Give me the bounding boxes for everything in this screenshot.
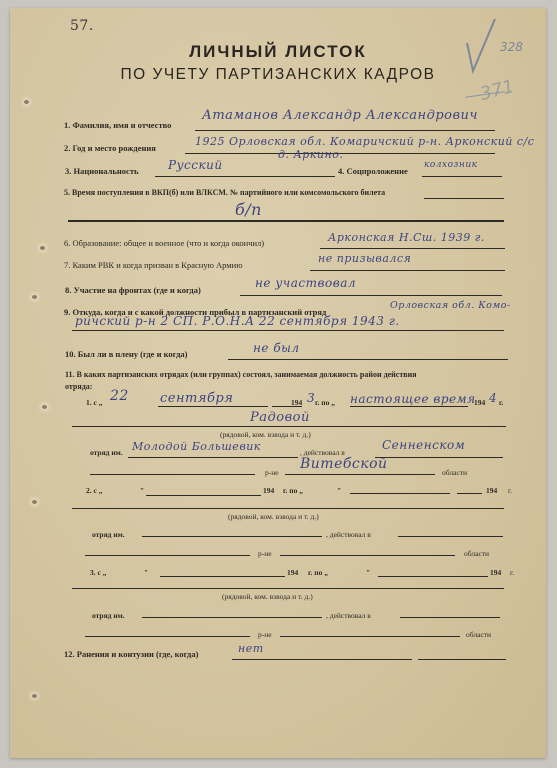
pencil-number-328: 328 bbox=[500, 40, 523, 54]
unit-1-number: 1. с „ bbox=[86, 398, 102, 407]
underline bbox=[375, 457, 503, 458]
unit-2-acted-label: , действовал в bbox=[326, 530, 371, 539]
unit-2-from-year-prefix: 194 bbox=[263, 486, 274, 495]
unit-3-to-year-prefix: 194 bbox=[490, 568, 501, 577]
field-army-value: не призывался bbox=[318, 252, 411, 265]
underline bbox=[310, 270, 505, 271]
underline bbox=[158, 406, 268, 407]
unit-3-quote: " bbox=[144, 568, 148, 577]
unit-1-region: Витебской bbox=[300, 456, 388, 472]
page-number: 57. bbox=[70, 18, 94, 34]
unit-2-to-label: г. по „ bbox=[283, 486, 303, 495]
field-fronts-value: не участвовал bbox=[255, 276, 356, 290]
unit-2-year-suffix: г. bbox=[508, 486, 512, 495]
unit-3-number: 3. с „ bbox=[90, 568, 106, 577]
punch-hole bbox=[24, 100, 29, 104]
underline bbox=[72, 330, 504, 331]
unit-1-detachment-label: отряд им. bbox=[90, 448, 123, 457]
field-army-label: 7. Каким РВК и когда призван в Красную А… bbox=[64, 260, 243, 270]
field-arrival-value-line2: ричский р-н 2 СП. Р.О.Н.А 22 сентября 19… bbox=[75, 314, 400, 328]
field-birth-value-line2: д. Аркино. bbox=[278, 148, 343, 161]
unit-1-from-year-digit: 3 bbox=[307, 391, 315, 405]
document-page: 57. ЛИЧНЫЙ ЛИСТОК ПО УЧЕТУ ПАРТИЗАНСКИХ … bbox=[10, 8, 546, 758]
underline bbox=[90, 474, 255, 475]
unit-1-to-year-digit: 4 bbox=[489, 391, 497, 405]
underline bbox=[85, 636, 250, 637]
underline bbox=[128, 457, 298, 458]
underline bbox=[85, 555, 250, 556]
underline bbox=[457, 493, 482, 494]
underline bbox=[378, 576, 488, 577]
unit-2-rayon-label: р-не bbox=[258, 549, 272, 558]
field-units-label: 11. В каких партизанских отрядах (или гр… bbox=[65, 370, 417, 379]
punch-hole bbox=[32, 500, 37, 504]
field-wounds-label: 12. Ранения и контузии (где, когда) bbox=[64, 649, 198, 659]
underline bbox=[232, 659, 412, 660]
field-name-value: Атаманов Александр Александрович bbox=[202, 108, 478, 123]
unit-2-to-year-prefix: 194 bbox=[486, 486, 497, 495]
unit-3-position-hint: (рядовой, ком. взвода и т. д.) bbox=[222, 592, 313, 601]
underline bbox=[72, 426, 506, 427]
field-party-label: 5. Время поступления в ВКП(б) или ВЛКСМ.… bbox=[64, 188, 385, 197]
underline bbox=[240, 295, 502, 296]
unit-1-detachment: Молодой Большевик bbox=[132, 440, 261, 453]
unit-1-year-suffix: г. bbox=[499, 398, 503, 407]
unit-1-to-label: г. по „ bbox=[315, 398, 335, 407]
underline bbox=[195, 130, 495, 131]
field-arrival-value: Орловская обл. Комо- bbox=[390, 300, 511, 311]
field-birth-label: 2. Год и место рождения bbox=[64, 143, 156, 153]
unit-3-from-year-prefix: 194 bbox=[287, 568, 298, 577]
underline bbox=[160, 576, 285, 577]
unit-2-region-label: области bbox=[464, 549, 489, 558]
unit-3-region-label: области bbox=[466, 630, 491, 639]
underline bbox=[68, 220, 504, 222]
underline bbox=[142, 617, 322, 618]
unit-1-position: Радовой bbox=[250, 410, 310, 425]
field-captivity-value: не был bbox=[253, 341, 300, 355]
underline bbox=[400, 617, 500, 618]
field-fronts-label: 8. Участие на фронтах (где и когда) bbox=[65, 285, 201, 295]
unit-1-from-month: сентября bbox=[160, 391, 233, 406]
underline bbox=[280, 636, 460, 637]
unit-3-acted-label: , действовал в bbox=[326, 611, 371, 620]
unit-1-to-value: настоящее время bbox=[350, 392, 476, 406]
unit-1-region-label: области bbox=[442, 468, 467, 477]
field-captivity-label: 10. Был ли в плену (где и когда) bbox=[65, 349, 187, 359]
field-nationality-label: 3. Национальность bbox=[65, 166, 138, 176]
underline bbox=[320, 248, 505, 249]
field-social-label: 4. Соцпроложение bbox=[338, 166, 408, 176]
punch-hole bbox=[40, 246, 45, 250]
unit-1-from-year-prefix: 194 bbox=[291, 398, 302, 407]
underline bbox=[424, 198, 504, 199]
underline bbox=[72, 508, 504, 509]
underline bbox=[155, 176, 335, 177]
underline bbox=[142, 536, 322, 537]
underline bbox=[418, 659, 506, 660]
field-education-value: Арконская Н.Сш. 1939 г. bbox=[328, 231, 485, 244]
underline bbox=[398, 536, 503, 537]
punch-hole bbox=[32, 295, 37, 299]
unit-3-to-label: г. по „ bbox=[308, 568, 328, 577]
unit-2-quote: " bbox=[337, 486, 341, 495]
unit-1-rayon-label: р-не bbox=[265, 468, 279, 477]
underline bbox=[422, 176, 502, 177]
unit-3-rayon-label: р-не bbox=[258, 630, 272, 639]
field-social-value: колхозник bbox=[424, 160, 478, 170]
unit-2-quote: " bbox=[140, 486, 144, 495]
field-units-label-2: отряда: bbox=[65, 382, 92, 391]
underline bbox=[280, 555, 455, 556]
field-birth-value: 1925 Орловская обл. Комаричский р-н. Арк… bbox=[195, 135, 534, 148]
field-nationality-value: Русский bbox=[168, 158, 223, 172]
field-education-label: 6. Образование: общее и военное (что и к… bbox=[64, 238, 264, 248]
unit-3-quote: " bbox=[366, 568, 370, 577]
field-party-value: б/п bbox=[235, 200, 262, 219]
unit-1-to-year-prefix: 194 bbox=[474, 398, 485, 407]
field-name-label: 1. Фамилия, имя и отчество bbox=[64, 120, 171, 130]
unit-3-detachment-label: отряд им. bbox=[92, 611, 125, 620]
underline bbox=[228, 359, 508, 360]
unit-1-position-hint: (рядовой, ком. взвода и т. д.) bbox=[220, 430, 311, 439]
underline bbox=[146, 495, 261, 496]
underline bbox=[350, 493, 450, 494]
underline bbox=[285, 474, 435, 475]
unit-1-from-day: 22 bbox=[110, 388, 129, 404]
unit-3-year-suffix: г. bbox=[510, 568, 514, 577]
field-wounds-value: нет bbox=[238, 642, 264, 655]
unit-2-detachment-label: отряд им. bbox=[92, 530, 125, 539]
unit-2-number: 2. с „ bbox=[86, 486, 102, 495]
unit-1-district: Сенненском bbox=[382, 438, 465, 452]
unit-2-position-hint: (рядовой, ком. взвода и т. д.) bbox=[228, 512, 319, 521]
punch-hole bbox=[42, 405, 47, 409]
underline bbox=[72, 588, 504, 589]
underline bbox=[350, 406, 468, 407]
punch-hole bbox=[32, 694, 37, 698]
